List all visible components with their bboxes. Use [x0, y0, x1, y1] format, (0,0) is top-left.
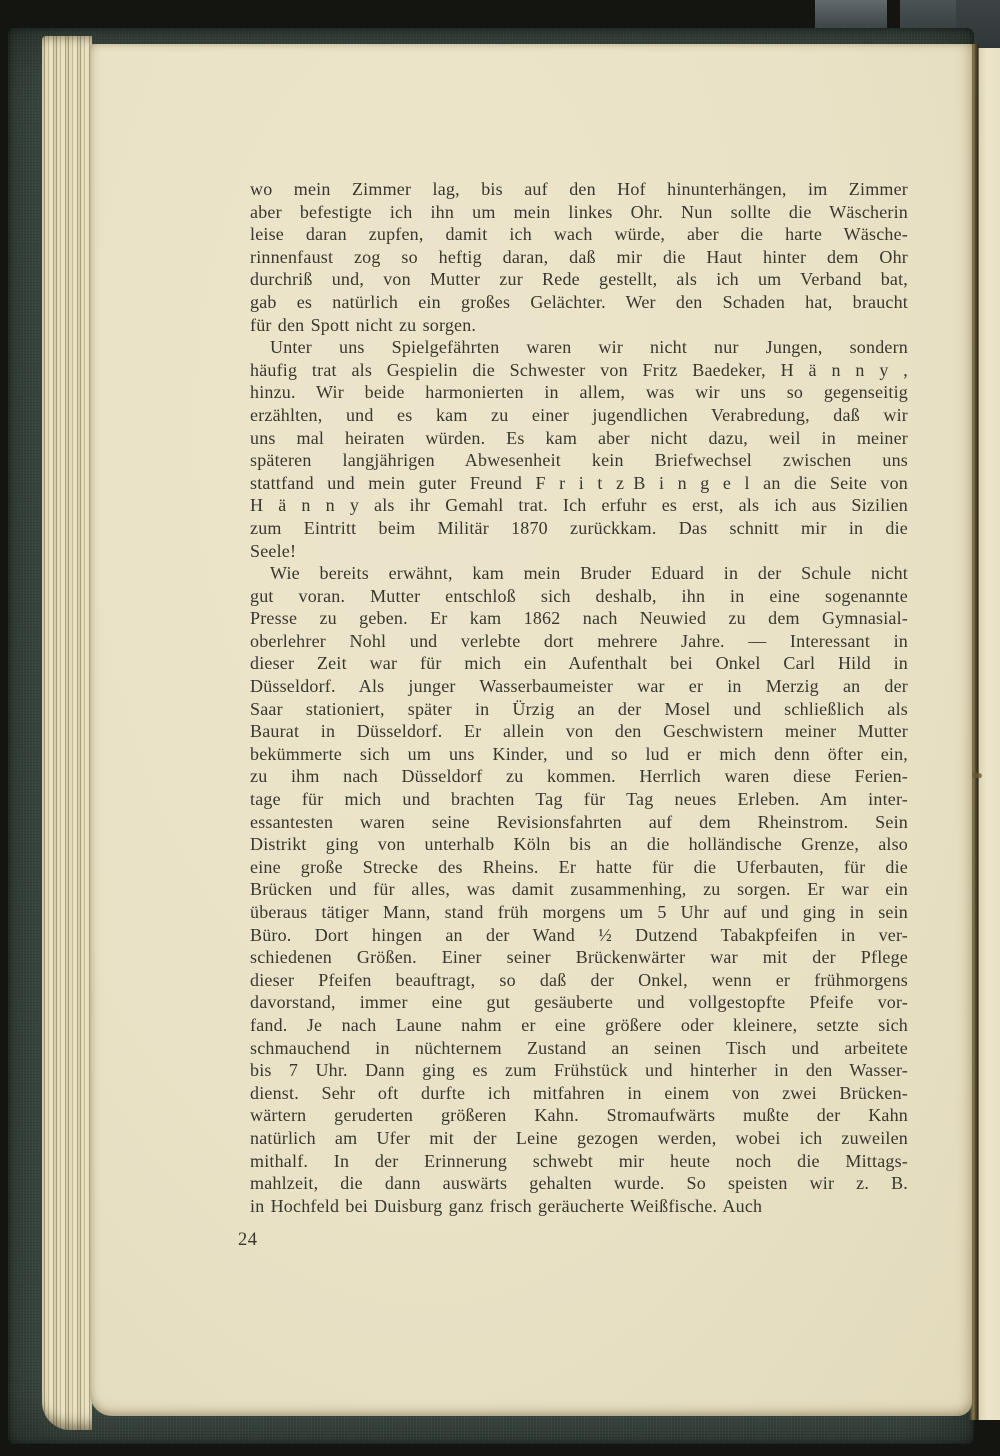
- facing-page-edge: [978, 48, 1000, 1420]
- page-number: 24: [238, 1230, 258, 1251]
- text-line: dienst. Sehr oft durfte ich mitfahren in…: [250, 1082, 908, 1105]
- text-line: fand. Je nach Laune nahm er eine größere…: [250, 1014, 908, 1037]
- text-line: gab es natürlich ein großes Gelächter. W…: [250, 291, 908, 314]
- text-line: Seele!: [250, 540, 908, 563]
- text-line: H ä n n y als ihr Gemahl trat. Ich erfuh…: [250, 494, 908, 517]
- text-line: dieser Pfeifen beauftragt, so daß der On…: [250, 969, 908, 992]
- text-line: durchriß und, von Mutter zur Rede gestel…: [250, 268, 908, 291]
- text-line: uns mal heiraten würden. Es kam aber nic…: [250, 427, 908, 450]
- text-block: wo mein Zimmer lag, bis auf den Hof hinu…: [250, 178, 908, 1217]
- text-line: in Hochfeld bei Duisburg ganz frisch ger…: [250, 1195, 908, 1218]
- paragraph: wo mein Zimmer lag, bis auf den Hof hinu…: [250, 178, 908, 336]
- text-line: hinzu. Wir beide harmonierten in allem, …: [250, 381, 908, 404]
- text-line: dieser Zeit war für mich ein Aufenthalt …: [250, 652, 908, 675]
- text-line: Brücken und für alles, was damit zusamme…: [250, 878, 908, 901]
- text-line: leise daran zupfen, damit ich wach würde…: [250, 223, 908, 246]
- text-line: mahlzeit, die dann auswärts gehalten wur…: [250, 1172, 908, 1195]
- text-line: gut voran. Mutter entschloß sich deshalb…: [250, 585, 908, 608]
- text-line: wärtern geruderten größeren Kahn. Stroma…: [250, 1104, 908, 1127]
- text-line: häufig trat als Gespielin die Schwester …: [250, 359, 908, 382]
- text-line: zu ihm nach Düsseldorf zu kommen. Herrli…: [250, 765, 908, 788]
- text-line: überaus tätiger Mann, stand früh morgens…: [250, 901, 908, 924]
- text-line: bekümmerte sich um uns Kinder, und so lu…: [250, 743, 908, 766]
- text-line: Unter uns Spielgefährten waren wir nicht…: [250, 336, 908, 359]
- text-line: späteren langjährigen Abwesenheit kein B…: [250, 449, 908, 472]
- paragraph: Unter uns Spielgefährten waren wir nicht…: [250, 336, 908, 562]
- text-line: zum Eintritt beim Militär 1870 zurückkam…: [250, 517, 908, 540]
- text-line: Düsseldorf. Als junger Wasserbaumeister …: [250, 675, 908, 698]
- book-page: wo mein Zimmer lag, bis auf den Hof hinu…: [90, 44, 972, 1416]
- page-stack-edges: [42, 36, 92, 1430]
- text-line: Saar stationiert, später in Ürzig an der…: [250, 698, 908, 721]
- text-line: bis 7 Uhr. Dann ging es zum Frühstück un…: [250, 1059, 908, 1082]
- text-line: davorstand, immer eine gut gesäuberte un…: [250, 991, 908, 1014]
- text-line: mithalf. In der Erinnerung schwebt mir h…: [250, 1150, 908, 1173]
- text-line: tage für mich und brachten Tag für Tag n…: [250, 788, 908, 811]
- text-line: für den Spott nicht zu sorgen.: [250, 314, 908, 337]
- paragraph: Wie bereits erwähnt, kam mein Bruder Edu…: [250, 562, 908, 1217]
- text-line: aber befestigte ich ihn um mein linkes O…: [250, 201, 908, 224]
- text-line: natürlich am Ufer mit der Leine gezogen …: [250, 1127, 908, 1150]
- text-line: erzählten, und es kam zu einer jugendlic…: [250, 404, 908, 427]
- text-line: essantesten waren seine Revisionsfahrten…: [250, 811, 908, 834]
- text-line: eine große Strecke des Rheins. Er hatte …: [250, 856, 908, 879]
- book-scan: wo mein Zimmer lag, bis auf den Hof hinu…: [0, 0, 1000, 1456]
- text-line: wo mein Zimmer lag, bis auf den Hof hinu…: [250, 178, 908, 201]
- text-line: schiedenen Größen. Einer seiner Brückenw…: [250, 946, 908, 969]
- text-line: stattfand und mein guter Freund F r i t …: [250, 472, 908, 495]
- text-line: oberlehrer Nohl und verlebte dort mehrer…: [250, 630, 908, 653]
- text-line: rinnenfaust zog so heftig daran, daß mir…: [250, 246, 908, 269]
- text-line: Baurat in Düsseldorf. Er allein von den …: [250, 720, 908, 743]
- text-line: Büro. Dort hingen an der Wand ½ Dutzend …: [250, 924, 908, 947]
- text-line: Distrikt ging von unterhalb Köln bis an …: [250, 833, 908, 856]
- text-line: Wie bereits erwähnt, kam mein Bruder Edu…: [250, 562, 908, 585]
- text-line: Presse zu geben. Er kam 1862 nach Neuwie…: [250, 607, 908, 630]
- text-line: schmauchend in nüchternem Zustand an sei…: [250, 1037, 908, 1060]
